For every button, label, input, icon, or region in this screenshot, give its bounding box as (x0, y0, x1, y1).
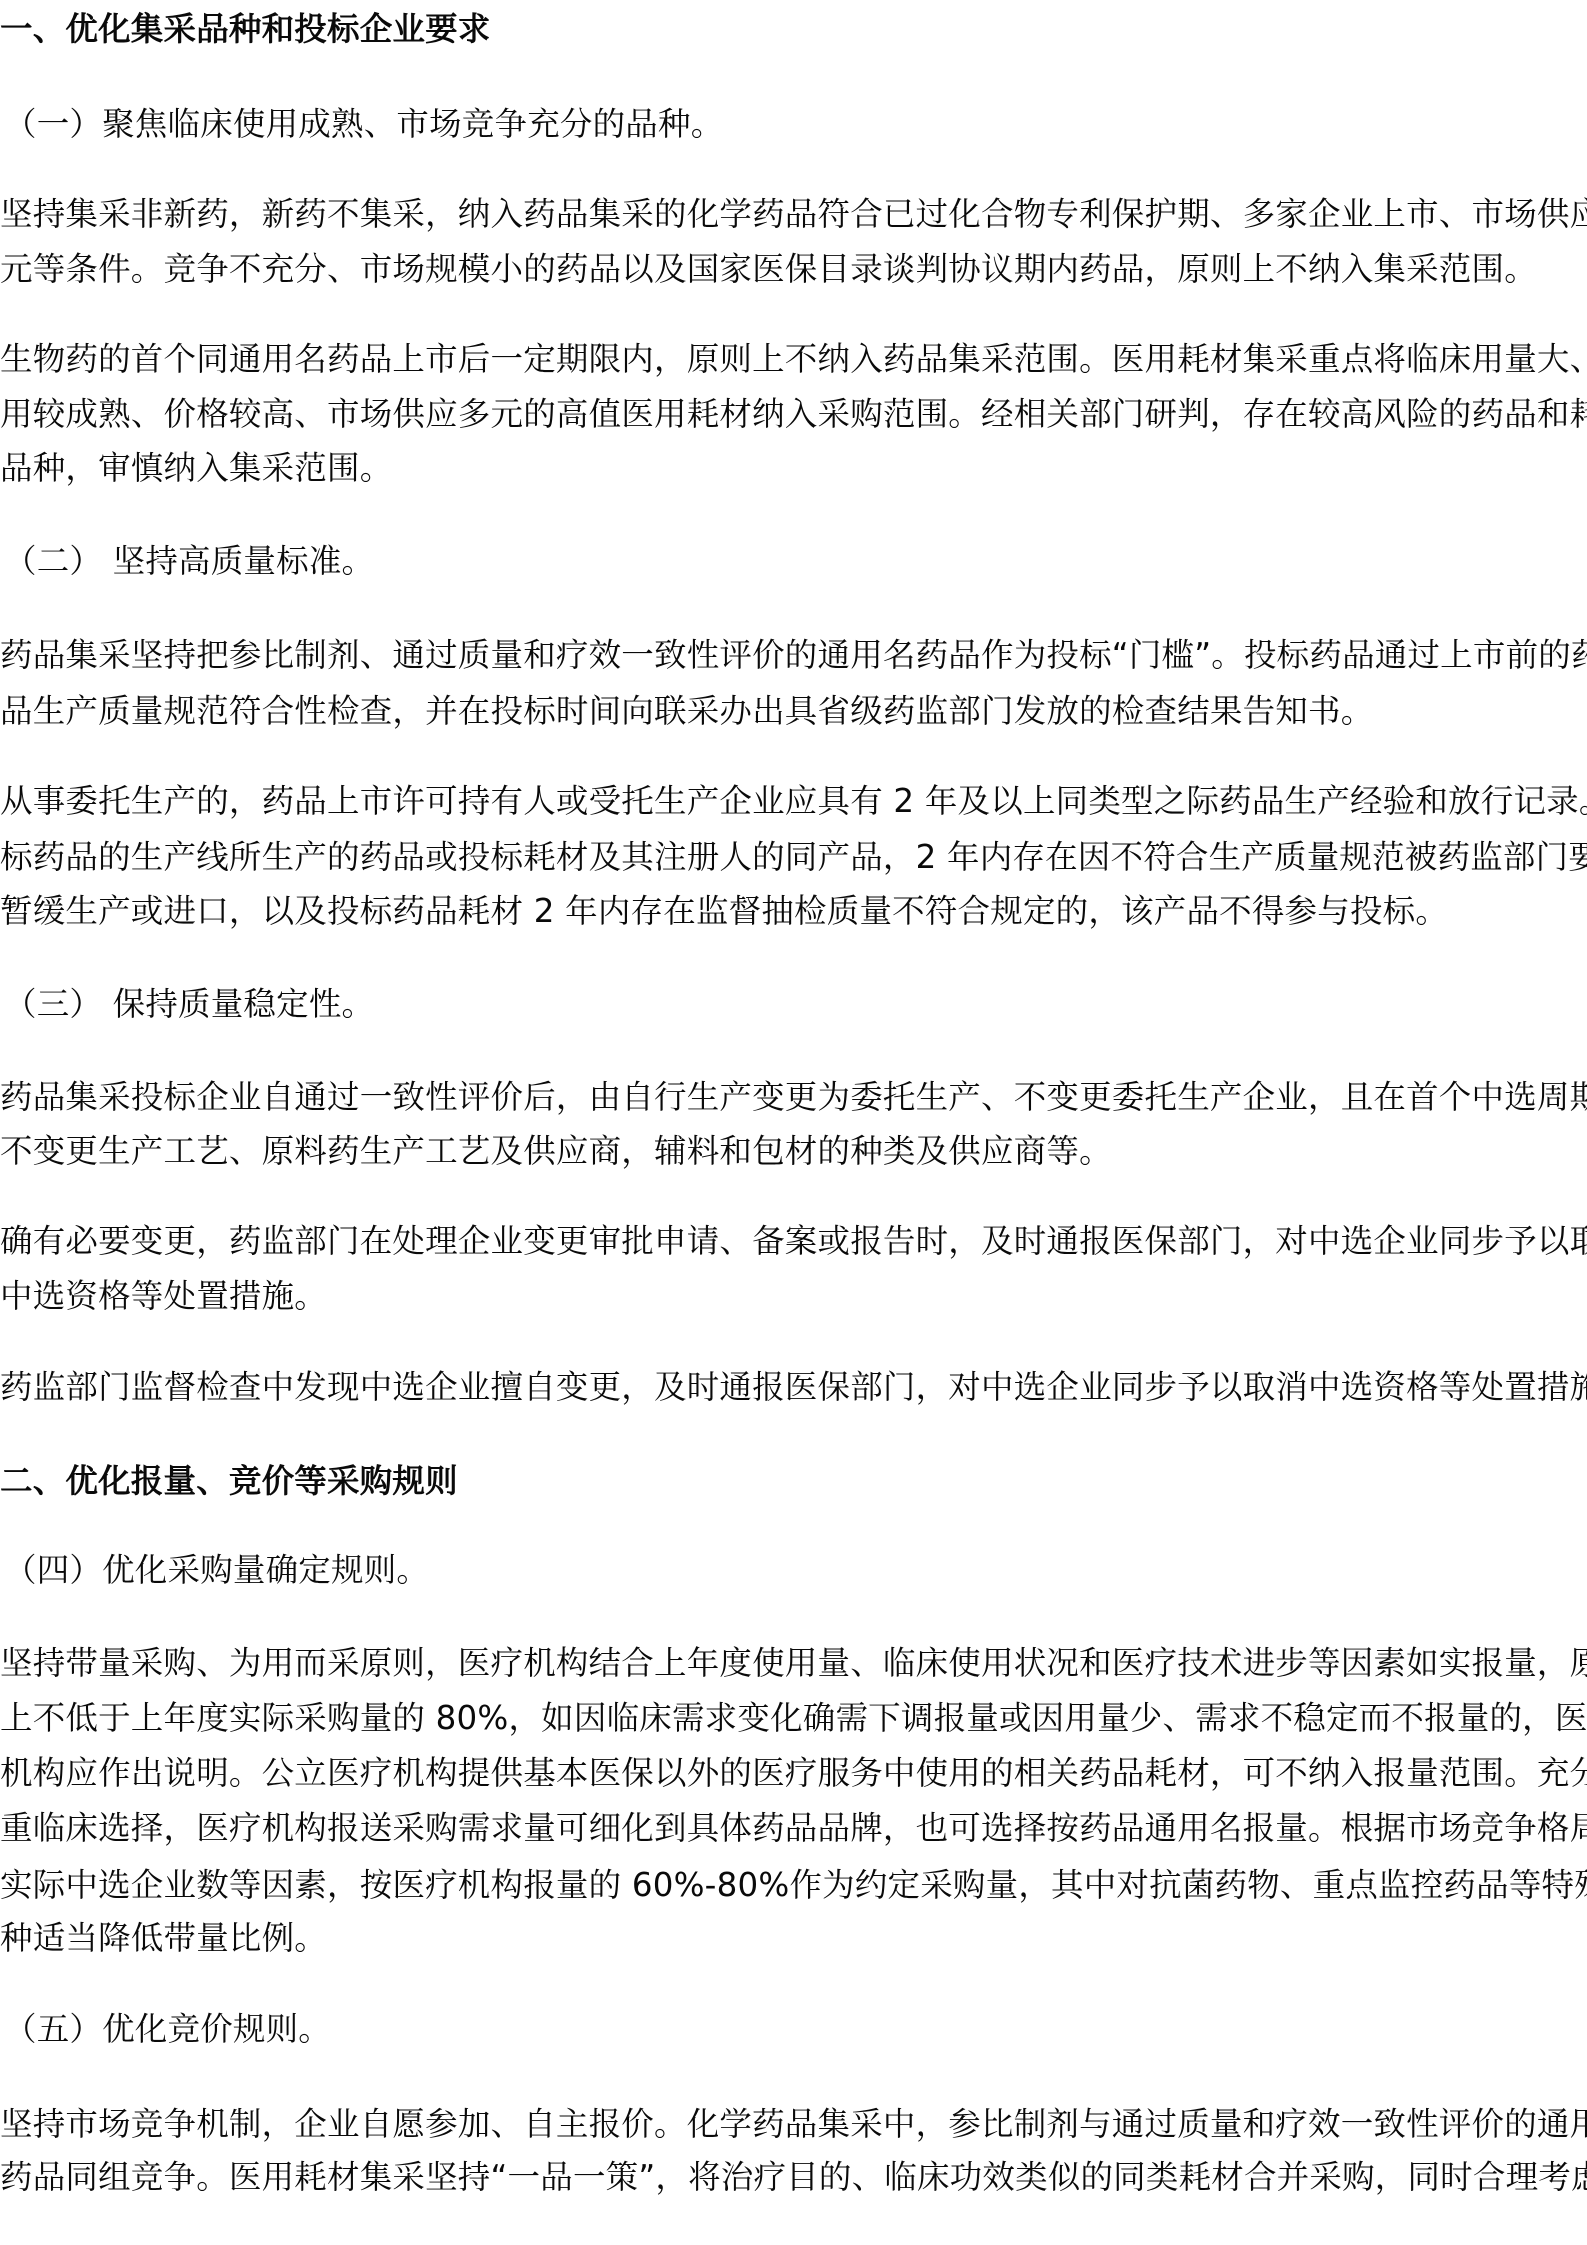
subheading-1: （一）聚焦临床使用成熟、市场竞争充分的品种。 (0, 96, 1587, 152)
subheading-2: （二） 坚持高质量标准。 (0, 533, 1587, 589)
paragraph-line: 用较成熟、价格较高、市场供应多元的高值医用耗材纳入采购范围。经相关部门研判，存在… (0, 386, 1587, 442)
paragraph-line: 机构应作出说明。公立医疗机构提供基本医保以外的医疗服务中使用的相关药品耗材，可不… (0, 1745, 1587, 1801)
subheading-5: （五）优化竞价规则。 (0, 2001, 1587, 2057)
paragraph-line: 实际中选企业数等因素，按医疗机构报量的 60%-80%作为约定采购量，其中对抗菌… (0, 1857, 1587, 1913)
paragraph-line: 药品集采坚持把参比制剂、通过质量和疗效一致性评价的通用名药品作为投标“门槛”。投… (0, 627, 1587, 683)
paragraph-line: 坚持市场竞争机制，企业自愿参加、自主报价。化学药品集采中，参比制剂与通过质量和疗… (0, 2096, 1587, 2152)
paragraph-line: 元等条件。竞争不充分、市场规模小的药品以及国家医保目录谈判协议期内药品，原则上不… (0, 241, 1587, 297)
paragraph-line: 品种，审慎纳入集采范围。 (0, 440, 1587, 496)
paragraph-line: 坚持集采非新药，新药不集采，纳入药品集采的化学药品符合已过化合物专利保护期、多家… (0, 186, 1587, 242)
paragraph-line: 药品集采投标企业自通过一致性评价后，由自行生产变更为委托生产、不变更委托生产企业… (0, 1069, 1587, 1125)
paragraph-line: 暂缓生产或进口，以及投标药品耗材 2 年内存在监督抽检质量不符合规定的，该产品不… (0, 883, 1587, 939)
paragraph-line: 坚持带量采购、为用而采原则，医疗机构结合上年度使用量、临床使用状况和医疗技术进步… (0, 1635, 1587, 1691)
paragraph-line: 标药品的生产线所生产的药品或投标耗材及其注册人的同产品，2 年内存在因不符合生产… (0, 829, 1587, 885)
paragraph-line: 重临床选择，医疗机构报送采购需求量可细化到具体药品品牌，也可选择按药品通用名报量… (0, 1800, 1587, 1856)
section-heading-1: 一、优化集采品种和投标企业要求 (0, 1, 1587, 57)
paragraph-line: 中选资格等处置措施。 (0, 1268, 1587, 1324)
paragraph-line: 种适当降低带量比例。 (0, 1910, 1587, 1966)
paragraph-line: 不变更生产工艺、原料药生产工艺及供应商，辅料和包材的种类及供应商等。 (0, 1123, 1587, 1179)
document-page: 一、优化集采品种和投标企业要求 （一）聚焦临床使用成熟、市场竞争充分的品种。 坚… (0, 0, 1587, 2245)
paragraph-line: 药品同组竞争。医用耗材集采坚持“一品一策”，将治疗目的、临床功效类似的同类耗材合… (0, 2149, 1587, 2205)
paragraph-line: 从事委托生产的，药品上市许可持有人或受托生产企业应具有 2 年及以上同类型之际药… (0, 773, 1587, 829)
paragraph-line: 品生产质量规范符合性检查，并在投标时间向联采办出具省级药监部门发放的检查结果告知… (0, 683, 1587, 739)
paragraph-line: 上不低于上年度实际采购量的 80%，如因临床需求变化确需下调报量或因用量少、需求… (0, 1690, 1587, 1746)
subheading-3: （三） 保持质量稳定性。 (0, 976, 1587, 1032)
paragraph-line: 药监部门监督检查中发现中选企业擅自变更，及时通报医保部门，对中选企业同步予以取消… (0, 1359, 1587, 1415)
subheading-4: （四）优化采购量确定规则。 (0, 1542, 1587, 1598)
paragraph-line: 生物药的首个同通用名药品上市后一定期限内，原则上不纳入药品集采范围。医用耗材集采… (0, 331, 1587, 387)
section-heading-2: 二、优化报量、竞价等采购规则 (0, 1453, 1587, 1509)
paragraph-line: 确有必要变更，药监部门在处理企业变更审批申请、备案或报告时，及时通报医保部门，对… (0, 1213, 1587, 1269)
